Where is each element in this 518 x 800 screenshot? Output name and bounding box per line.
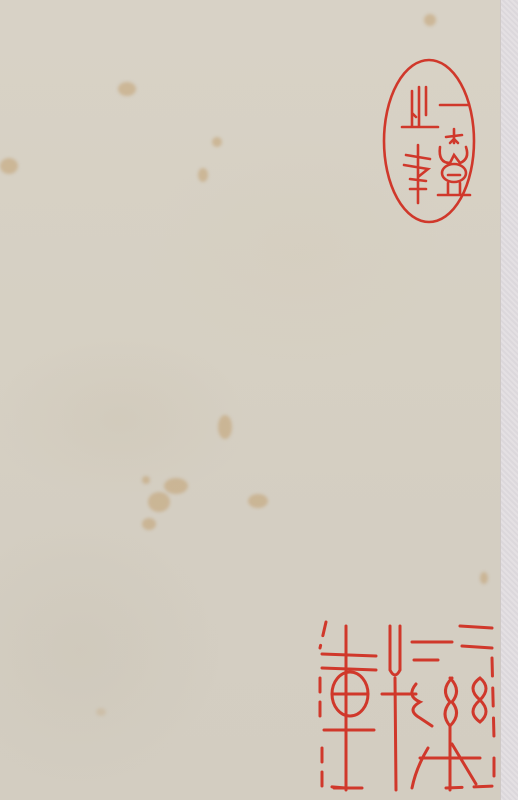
foxing-stain (164, 478, 188, 494)
square-red-seal (316, 618, 508, 798)
foxing-stain (0, 158, 18, 174)
foxing-stain (142, 518, 156, 530)
foxing-stain (142, 476, 150, 484)
foxing-stain (212, 137, 222, 147)
foxing-stain (118, 82, 136, 96)
foxing-stain (96, 708, 106, 716)
oval-red-seal (378, 55, 480, 227)
foxing-stain (480, 572, 488, 584)
foxing-stain (148, 492, 170, 512)
foxing-stain (248, 494, 268, 508)
artwork-scene (0, 0, 518, 800)
foxing-stain (198, 168, 208, 182)
foxing-stain (424, 14, 436, 26)
foxing-stain (218, 415, 232, 439)
